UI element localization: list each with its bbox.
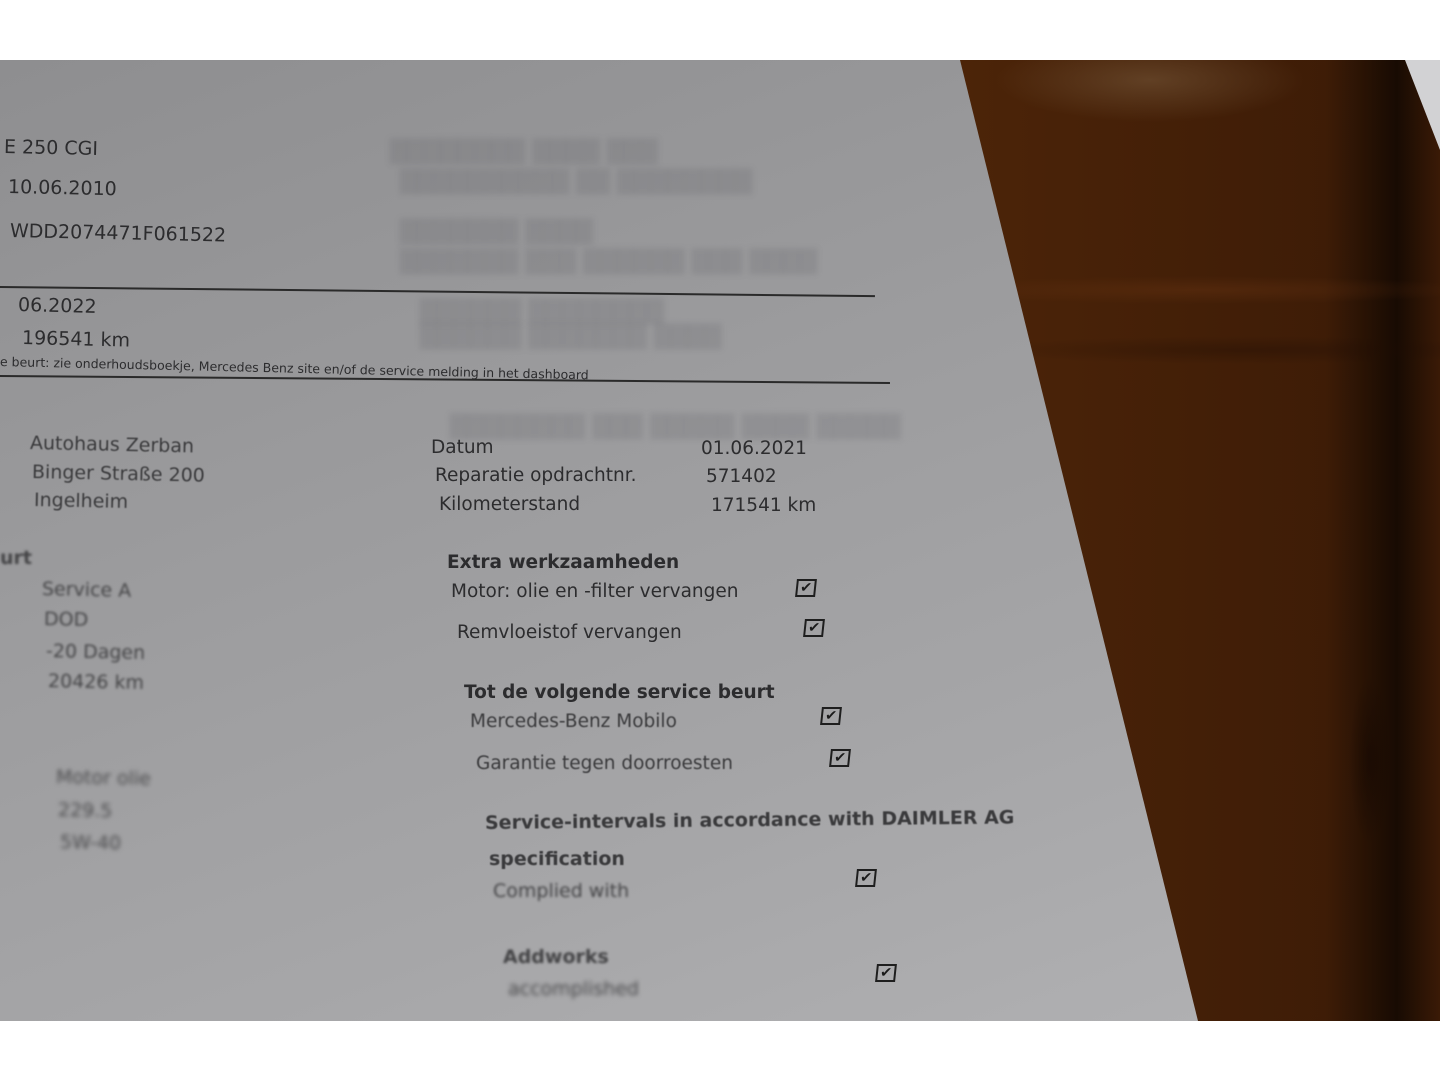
section-heading-fragment: urt [0,547,32,569]
oil-viscosity: 5W-40 [60,831,122,854]
repair-order-label: Reparatie opdrachtnr. [435,465,637,486]
first-registration-date: 10.06.2010 [8,176,117,200]
next-service-date: 06.2022 [18,294,97,318]
service-code: DOD [44,608,89,631]
oil-spec: 229.5 [58,799,113,822]
until-next-item: Mercedes-Benz Mobilo [470,711,677,732]
vin-number: WDD2074471F061522 [10,220,227,247]
photo: ████████ ████ ███ ██████████ ██ ████████… [0,60,1440,1021]
until-next-heading: Tot de volgende service beurt [464,682,775,703]
checkbox-checked: ✔ [795,579,817,597]
service-type: Service A [42,578,132,602]
intervals-status: Complied with [493,880,629,902]
extra-work-item: Remvloeistof vervangen [457,622,682,643]
oil-label: Motor olie [56,766,151,790]
extra-work-heading: Extra werkzaamheden [447,552,679,573]
service-date-label: Datum [431,437,494,458]
dealer-name: Autohaus Zerban [30,432,194,457]
intervals-heading-cont: specification [489,848,625,870]
checkbox-checked: ✔ [875,964,897,982]
extra-work-item: Motor: olie en -filter vervangen [451,581,738,602]
dealer-street: Binger Straße 200 [32,461,205,487]
checkbox-checked: ✔ [855,869,877,887]
next-service-mileage: 196541 km [22,327,131,352]
addworks-status: accomplished [508,978,639,1000]
repair-order-value: 571402 [706,466,777,487]
mileage-value: 171541 km [711,495,816,516]
until-next-item: Garantie tegen doorroesten [476,753,733,774]
mileage-label: Kilometerstand [439,494,580,515]
dealer-city: Ingelheim [34,489,129,513]
days-remaining: -20 Dagen [46,640,146,664]
km-remaining: 20426 km [48,670,144,694]
checkbox-checked: ✔ [829,749,851,767]
addworks-heading: Addworks [503,946,609,968]
checkbox-checked: ✔ [820,707,842,725]
vehicle-model: E 250 CGI [4,136,98,160]
checkbox-checked: ✔ [803,619,825,637]
service-date-value: 01.06.2021 [701,438,807,459]
